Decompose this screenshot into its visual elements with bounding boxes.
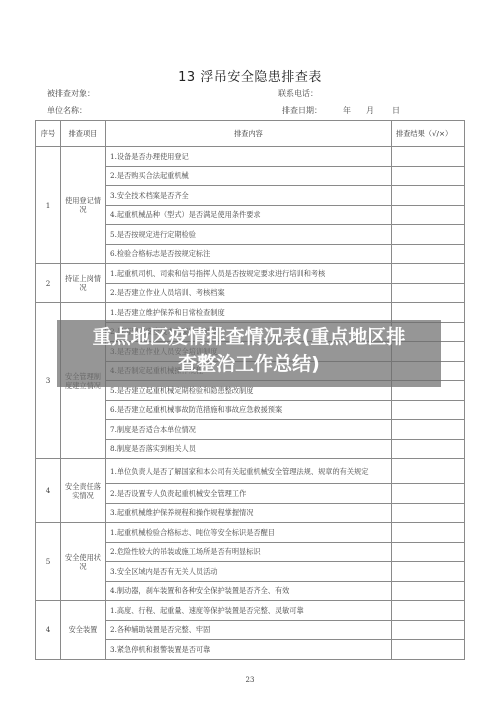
header-content: 排查内容 (106, 121, 392, 147)
section-item: 安全装置 (61, 601, 106, 660)
result-cell[interactable] (392, 503, 465, 523)
result-cell[interactable] (392, 459, 465, 484)
result-cell[interactable] (392, 244, 465, 264)
date-label: 排查日期： (282, 105, 322, 116)
section-number: 2 (36, 264, 61, 303)
check-content: 3.紧急停机和报警装置是否可靠 (106, 640, 392, 660)
table-body: 1使用登记情况1.设备是否办理使用登记2.是否购买合法起重机械3.安全技术档案是… (36, 147, 465, 660)
check-content: 2.危险性较大的吊装或施工场所是否有明显标识 (106, 542, 392, 562)
inspection-table: 序号 排查项目 排查内容 排查结果（√/×） 1使用登记情况1.设备是否办理使用… (35, 120, 465, 660)
document-title: 13 浮吊安全隐患排查表 (0, 66, 500, 85)
result-cell[interactable] (392, 264, 465, 284)
result-cell[interactable] (392, 484, 465, 504)
result-cell[interactable] (392, 166, 465, 186)
result-cell[interactable] (392, 147, 465, 167)
table-row: 4安全装置1.高度、行程、起重量、速度等保护装置是否完整、灵敏可靠 (36, 601, 465, 621)
section-number: 4 (36, 601, 61, 660)
watermark-overlay: 重点地区疫情排查情况表(重点地区排 查整治工作总结) (57, 320, 441, 387)
check-content: 2.是否建立作业人员培训、考核档案 (106, 283, 392, 303)
target-label: 被排查对象： (47, 88, 95, 99)
check-content: 1.单位负责人是否了解国家和本公司有关起重机械安全管理法规、规章的有关规定 (106, 459, 392, 484)
date-month-label: 月 (366, 105, 374, 116)
check-content: 1.设备是否办理使用登记 (106, 147, 392, 167)
result-cell[interactable] (392, 186, 465, 206)
check-content: 2.各种辅助装置是否完整、牢固 (106, 620, 392, 640)
result-cell[interactable] (392, 581, 465, 601)
check-content: 7.制度是否适合本单位情况 (106, 420, 392, 440)
check-content: 2.是否设置专人负责起重机械安全管理工作 (106, 484, 392, 504)
section-number: 1 (36, 147, 61, 264)
result-cell[interactable] (392, 523, 465, 543)
date-year-label: 年 (343, 105, 351, 116)
header-result: 排查结果（√/×） (392, 121, 465, 147)
result-cell[interactable] (392, 620, 465, 640)
overlay-line-1: 重点地区疫情排查情况表(重点地区排 (57, 324, 441, 351)
page-number: 23 (0, 676, 500, 684)
result-cell[interactable] (392, 542, 465, 562)
result-cell[interactable] (392, 225, 465, 245)
table-header-row: 序号 排查项目 排查内容 排查结果（√/×） (36, 121, 465, 147)
result-cell[interactable] (392, 439, 465, 459)
section-number: 4 (36, 459, 61, 523)
result-cell[interactable] (392, 283, 465, 303)
check-content: 3.安全技术档案是否齐全 (106, 186, 392, 206)
phone-label: 联系电话： (278, 88, 318, 99)
check-content: 2.是否购买合法起重机械 (106, 166, 392, 186)
result-cell[interactable] (392, 205, 465, 225)
result-cell[interactable] (392, 562, 465, 582)
section-item: 使用登记情况 (61, 147, 106, 264)
check-content: 3.安全区域内是否有无关人员活动 (106, 562, 392, 582)
check-content: 4.起重机械品种（型式）是否满足使用条件要求 (106, 205, 392, 225)
table-row: 5安全使用状况1.起重机械检验合格标志、吨位等安全标识是否醒目 (36, 523, 465, 543)
date-day-label: 日 (392, 105, 400, 116)
check-content: 1.起重机司机、司索和信号指挥人员是否按规定要求进行培训和考核 (106, 264, 392, 284)
result-cell[interactable] (392, 400, 465, 420)
section-item: 安全责任落实情况 (61, 459, 106, 523)
check-content: 4.制动器，刹车装置和各种安全保护装置是否齐全、有效 (106, 581, 392, 601)
table-row: 1使用登记情况1.设备是否办理使用登记 (36, 147, 465, 167)
check-content: 6.检验合格标志是否按规定标注 (106, 244, 392, 264)
table-row: 4安全责任落实情况1.单位负责人是否了解国家和本公司有关起重机械安全管理法规、规… (36, 459, 465, 484)
result-cell[interactable] (392, 601, 465, 621)
header-no: 序号 (36, 121, 61, 147)
unit-label: 单位名称： (47, 105, 87, 116)
header-item: 排查项目 (61, 121, 106, 147)
check-content: 1.起重机械检验合格标志、吨位等安全标识是否醒目 (106, 523, 392, 543)
check-content: 8.制度是否落实到相关人员 (106, 439, 392, 459)
check-content: 5.是否按规定进行定期检验 (106, 225, 392, 245)
section-number: 5 (36, 523, 61, 601)
section-item: 安全使用状况 (61, 523, 106, 601)
result-cell[interactable] (392, 640, 465, 660)
check-content: 1.高度、行程、起重量、速度等保护装置是否完整、灵敏可靠 (106, 601, 392, 621)
table-row: 2持证上岗情况1.起重机司机、司索和信号指挥人员是否按规定要求进行培训和考核 (36, 264, 465, 284)
overlay-line-2: 查整治工作总结) (57, 351, 441, 378)
check-content: 6.是否建立起重机械事故防范措施和事故应急救援预案 (106, 400, 392, 420)
section-item: 持证上岗情况 (61, 264, 106, 303)
check-content: 3.起重机械维护保养规程和操作规程掌握情况 (106, 503, 392, 523)
result-cell[interactable] (392, 420, 465, 440)
